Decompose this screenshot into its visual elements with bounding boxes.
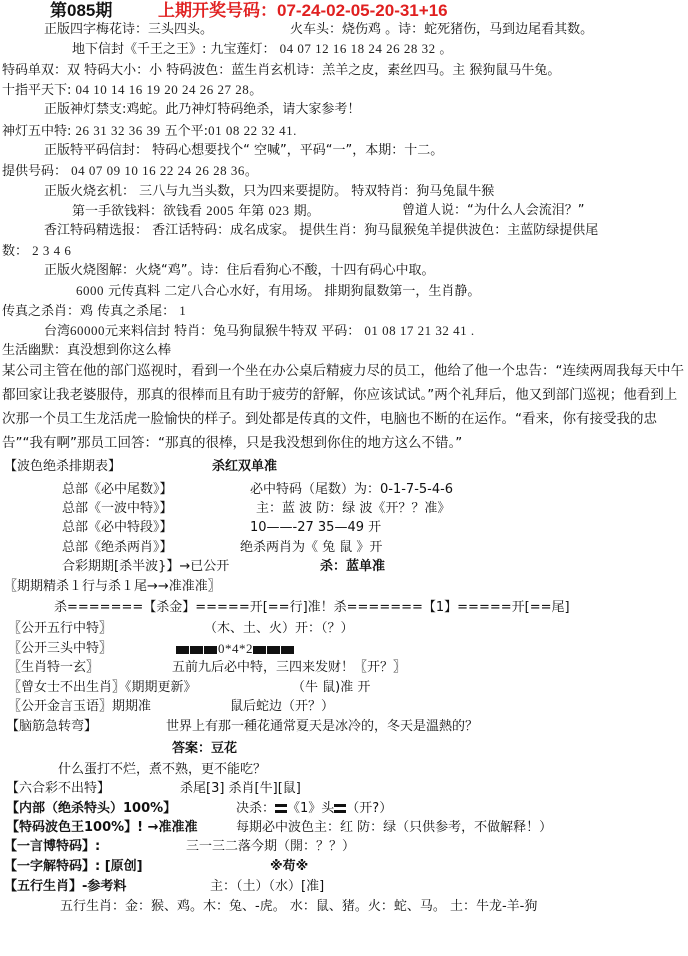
humor-story: 某公司主管在他的部门巡视时，看到一个坐在办公桌后精疲力尽的员工，他给了他一个忠告… <box>2 359 686 455</box>
wuxing-shengxiao-label: 【五行生肖】-参考料 <box>4 878 126 896</box>
fire-diagram: 正版火烧图解：火烧“鸡”。诗：住后看狗心不酸，十四有码心中取。 <box>44 262 434 280</box>
taiwan-letter: 台湾60000元来料信封 特肖：兔马狗鼠猴牛特双 平码： 01 08 17 21… <box>44 322 475 341</box>
liuhe-label: 【六合彩不出特】 <box>6 780 110 798</box>
ten-fingers: 十指平天下: 04 10 14 16 19 20 24 26 27 28。 <box>2 81 263 100</box>
tail-numbers: 数： 2 3 4 6 <box>2 242 71 261</box>
riddle-question: 世界上有那一種花通常夏天是冰冷的，冬天是溫熱的？ <box>166 718 478 736</box>
god-lamp-ban: 正版神灯禁支:鸡蛇。此乃神灯特码绝杀，请大家参考！ <box>44 101 360 119</box>
bose-label: 【特码波色王100%】! →准准准 <box>6 819 198 837</box>
special-flat-letter: 正版特平码信封： 特码心想要找个“ 空喊”，平码“一”，本期：十二。 <box>44 142 443 160</box>
jinyan-label: 〖公开金言玉语〗期期准 <box>8 698 151 716</box>
underground-letter: 地下信封《千王之王》: 九宝莲灯： 04 07 12 16 18 24 26 2… <box>72 40 453 59</box>
bar-icon <box>253 644 266 656</box>
first-hand-material: 第一手欲钱料：欲钱看 2005 年第 023 期。 <box>72 202 320 221</box>
wuxing-shengxiao-value: 主：（土）（水）[准] <box>210 878 324 896</box>
wuxing-label: 〖公开五行中特〗 <box>8 620 112 638</box>
wave-row-value: 绝杀两肖为《 兔 鼠 》开 <box>240 539 382 557</box>
humor-title: 生活幽默：真没想到你这么棒 <box>2 342 171 360</box>
wave-row-label: 总部《必中特段》】 <box>62 519 173 537</box>
equals-icon <box>275 804 287 813</box>
wave-row-label: 总部《一波中特》】 <box>62 500 173 518</box>
yiyan-label: 【一言博特码】: <box>4 838 100 856</box>
wave-table-title: 【波色绝杀排期表】 <box>4 458 121 476</box>
bar-icon <box>204 644 217 656</box>
wave-row-value: 必中特码（尾数）为：0-1-7-5-4-6 <box>250 481 453 499</box>
last-draw-numbers: 07-24-02-05-20-31+16 <box>277 1 448 20</box>
neibu-label: 【内部（绝杀特头）100%】 <box>6 800 176 818</box>
kill-section-line: 杀=======【杀金】=====开[==行]准！杀=======【1】====… <box>54 599 570 617</box>
shengxiao-label: 〖生肖特一玄〗 <box>8 659 99 677</box>
wuxing-shengxiao-detail: 五行生肖：金：猴、鸡。木：兔、-虎。 水：鼠、猪。火：蛇、马。 土：牛龙-羊-狗 <box>60 898 537 916</box>
santou-value-wrap: 0*4*2 <box>176 640 295 659</box>
bar-icon <box>176 644 189 656</box>
bar-icon <box>190 644 203 656</box>
wave-row-label: 合彩期期[杀半波}】→已公开 <box>62 558 229 576</box>
yizi-label: 【一字解特码】: [原创] <box>4 858 143 876</box>
santou-value: 0*4*2 <box>218 641 253 656</box>
wave-row-label: 总部《绝杀两肖》】 <box>62 539 173 557</box>
plum-poem: 正版四字梅花诗：三头四头。 <box>44 21 213 39</box>
issue-number: 第085期 <box>50 2 112 20</box>
wave-row-value: 10——-27 35—49 开 <box>250 519 381 537</box>
bar-icon <box>281 644 294 656</box>
wave-table-subtitle: 杀红双单准 <box>212 458 277 476</box>
god-lamp-five: 神灯五中特: 26 31 32 36 39 五个平:01 08 22 32 41… <box>2 122 297 141</box>
wave-row-value: 杀：蓝单准 <box>320 558 385 576</box>
shengxiao-value: 五前九后必中特，三四来发财！〖开？〗 <box>172 659 406 677</box>
riddle-question-2: 什么蛋打不烂，煮不熟，更不能吃？ <box>58 761 266 779</box>
riddle-label: 【脑筋急转弯】 <box>6 718 97 736</box>
fax-kill: 传真之杀肖：鸡 传真之杀尾： 1 <box>2 302 186 321</box>
kill-section-title: 〖期期精杀１行与杀１尾→→准准准〗 <box>4 578 221 596</box>
wuxing-value: （木、土、火）开：（？） <box>204 620 354 638</box>
santou-label: 〖公开三头中特〗 <box>8 640 112 658</box>
provided-numbers: 提供号码： 04 07 09 10 16 22 24 26 28 36。 <box>2 162 258 181</box>
neibu-value: 决杀：《1》头（开?） <box>236 800 392 818</box>
yizi-value: ※苟※ <box>270 858 308 876</box>
fax-material: 6000 元传真料 二定八合心水好，有用场。 排期狗鼠数第一，生肖静。 <box>76 282 480 301</box>
fire-mystery: 正版火烧玄机： 三八与九当头数，只为四来要提防。 特双特肖：狗马兔鼠牛猴 <box>44 183 494 201</box>
jinyan-value: 鼠后蛇边（开？） <box>230 698 334 716</box>
bar-icon <box>267 644 280 656</box>
zeng-label: 〖曾女士不出生肖〗《期期更新》 <box>8 679 197 697</box>
wave-row-label: 总部《必中尾数》】 <box>62 481 173 499</box>
yiyan-value: 三一三二落今期（開：？？） <box>186 838 355 856</box>
zeng-value: （牛 鼠)准 开 <box>292 679 370 697</box>
equals-icon <box>334 804 346 813</box>
zeng-daoren-says: 曾道人说：“为什么人会流泪？” <box>402 202 584 220</box>
last-draw-label: 上期开奖号码： <box>158 1 277 21</box>
train-head: 火车头：烧伤鸡 。诗：蛇死猪伤，马到边尾看其数。 <box>290 21 593 39</box>
riddle-answer: 答案：豆花 <box>172 740 237 758</box>
liuhe-value: 杀尾[3] 杀肖[牛][鼠] <box>180 780 301 798</box>
xiangjiang-selection: 香江特码精选报： 香江话特码：成名成家。 提供生肖：狗马鼠猴兔羊提供波色：主蓝防… <box>44 222 598 240</box>
special-code-info: 特码单双：双 特码大小：小 特码波色：蓝生肖玄机诗：羔羊之皮，素丝四马。主 猴狗… <box>2 62 560 80</box>
bose-value: 每期必中波色主：红 防：绿（只供参考，不做解释！） <box>236 819 552 837</box>
last-draw: 上期开奖号码：07-24-02-05-20-31+16 <box>158 2 448 20</box>
wave-row-value: 主：蓝 波 防：绿 波《开？？准》 <box>256 500 450 518</box>
